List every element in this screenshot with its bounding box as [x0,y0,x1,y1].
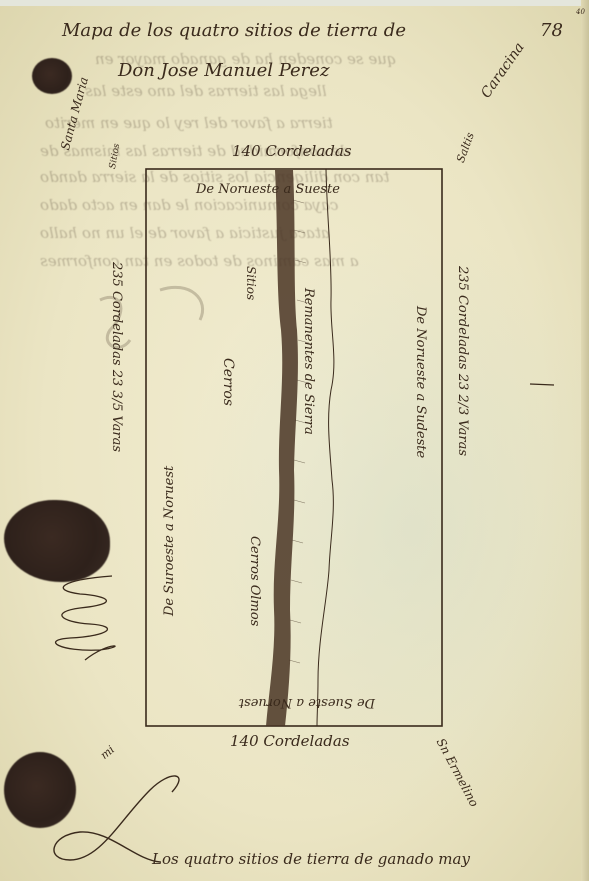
signature-flourish [56,576,116,660]
mountain-ridge [266,170,298,726]
bottom-text-line: Los quatro sitios de tierra de ganado ma… [152,850,470,868]
bottom-inner-direction-label: De Sueste a Noruest [239,695,375,710]
west-label-lower: Cerros Olmos [247,536,262,626]
right-inner-direction-label: De Norueste a Sudeste [413,306,428,458]
top-measure-label: 140 Cordeladas [232,142,352,160]
west-label-upper: Sitios [244,266,258,300]
left-measure-label: 235 Cordeladas 23 3/5 Varas [109,262,124,452]
manuscript-page: que se coneden ha de ganado mayor en lle… [0,0,589,881]
top-inner-direction-label: De Norueste a Sueste [196,182,340,197]
bottom-measure-label: 140 Cordeladas [230,732,350,750]
west-label-middle: Cerros [220,358,236,406]
left-inner-direction-label: De Suroeste a Noruest [162,466,177,616]
margin-mark [530,384,554,385]
stream [317,169,334,726]
right-measure-label: 235 Cordeladas 23 2/3 Varas [455,266,470,456]
ridge-label: Remanentes de Sierra [301,288,316,435]
